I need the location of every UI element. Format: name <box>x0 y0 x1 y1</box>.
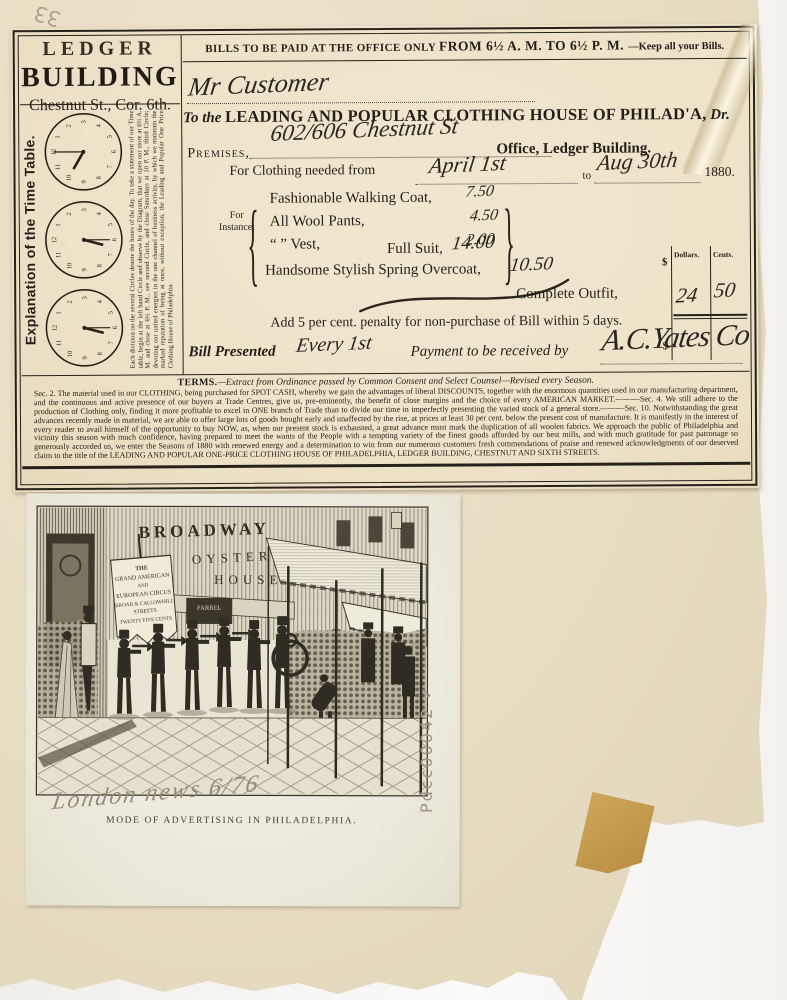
svg-text:AND: AND <box>137 583 149 589</box>
svg-text:9: 9 <box>82 356 89 359</box>
bill-presented-handwriting: Every 1st <box>295 332 373 358</box>
svg-text:1: 1 <box>56 311 63 314</box>
masthead-building: BUILDING <box>21 61 179 94</box>
timetable-sidebar: Explanation of the Time Table. 1212 345 … <box>20 107 180 372</box>
svg-text:2: 2 <box>66 212 73 215</box>
payment-label: Payment to be received by <box>411 343 569 361</box>
clock-icon: 1212 345 678 91011 <box>40 286 129 371</box>
svg-text:7: 7 <box>107 164 114 168</box>
svg-text:12: 12 <box>51 237 58 244</box>
svg-text:THE: THE <box>135 565 148 572</box>
svg-text:7: 7 <box>107 252 114 256</box>
dollar-sign: $ <box>662 256 668 268</box>
shop-sign-text: FARREL <box>197 605 221 612</box>
dollars-header: Dollars. <box>674 250 699 259</box>
period-to-handwriting: Aug 30th <box>595 147 679 176</box>
instance-price: 7.50 <box>392 183 495 205</box>
period-rule-2 <box>595 182 701 184</box>
svg-text:2: 2 <box>65 124 72 127</box>
svg-text:9: 9 <box>81 268 88 271</box>
complete-outfit-label: Complete Outfit, <box>516 286 618 304</box>
svg-text:3: 3 <box>80 120 87 123</box>
addressee-rule <box>187 101 535 104</box>
svg-text:8: 8 <box>97 352 104 355</box>
bill-body: Mr Customer To the LEADING AND POPULAR C… <box>183 57 751 374</box>
clock-icon: 1212 345 678 91011 <box>39 110 128 195</box>
period-prefix: For Clothing needed from <box>229 163 375 180</box>
svg-text:4: 4 <box>95 123 102 127</box>
instance-price: 4.50 <box>396 207 499 229</box>
clock-icon: 1212 345 678 91011 <box>40 198 129 283</box>
svg-text:1: 1 <box>55 135 62 138</box>
engraving-caption: MODE OF ADVERTISING IN PHILADELPHIA. <box>26 815 438 826</box>
svg-text:6: 6 <box>111 149 118 153</box>
period-from-handwriting: April 1st <box>427 150 507 179</box>
total-rule <box>673 314 747 316</box>
bill-presented-label: Bill Presented <box>189 344 276 362</box>
premises-label: Premises, <box>187 146 250 162</box>
office-hours-tail: —Keep all your Bills. <box>628 41 724 53</box>
signature: A.C.Yates Co <box>600 318 751 358</box>
flag <box>391 512 401 528</box>
billhead: LEDGER BUILDING Chestnut St., Cor. 6th. … <box>11 24 760 493</box>
terms-heading-bold: TERMS. <box>177 377 217 388</box>
full-suit-label: Full Suit, <box>387 241 443 258</box>
svg-text:12: 12 <box>52 325 59 332</box>
engraving-sheet: BROADWAY OYSTER HOUSE THE GRAND AMERICAN… <box>25 493 460 906</box>
period-to-word: to <box>582 170 591 182</box>
period-year: 1880. <box>704 164 734 180</box>
engraving-illustration: BROADWAY OYSTER HOUSE THE GRAND AMERICAN… <box>36 505 429 796</box>
svg-text:4: 4 <box>96 211 103 215</box>
svg-text:1: 1 <box>55 223 62 226</box>
svg-text:10: 10 <box>66 263 73 270</box>
svg-text:5: 5 <box>107 223 114 226</box>
svg-text:11: 11 <box>56 340 63 346</box>
svg-text:2: 2 <box>67 300 74 303</box>
svg-text:10: 10 <box>67 351 74 358</box>
svg-text:5: 5 <box>108 311 115 314</box>
svg-text:3: 3 <box>82 296 89 299</box>
total-dollars-handwriting: 24 <box>674 283 698 309</box>
svg-text:6: 6 <box>111 237 118 241</box>
total-cents-handwriting: 50 <box>712 277 736 303</box>
office-hours-lead: BILLS TO BE PAID AT THE OFFICE ONLY <box>205 42 439 55</box>
svg-text:6: 6 <box>112 325 119 329</box>
bill-to-suffix: Dr. <box>710 107 730 123</box>
terms-section: TERMS.—Extract from Ordinance passed by … <box>22 371 751 462</box>
svg-text:7: 7 <box>108 340 115 344</box>
office-hours-times: FROM 6½ A. M. TO 6½ P. M. <box>439 38 624 54</box>
timetable-note: Each division on the several Circles den… <box>127 107 175 371</box>
svg-text:4: 4 <box>97 299 104 303</box>
terms-body: Sec. 2. The material used in our CLOTHIN… <box>34 386 738 461</box>
marquee-sign: HOUSE <box>214 572 282 587</box>
svg-text:3: 3 <box>81 208 88 211</box>
timetable-title: Explanation of the Time Table. <box>21 108 39 372</box>
masthead-ledger: LEDGER <box>21 37 179 61</box>
signature-rule <box>601 363 743 365</box>
svg-text:11: 11 <box>55 164 62 170</box>
catalog-code-pencil: Pdcc00042 ✓ <box>417 663 437 813</box>
svg-text:8: 8 <box>96 176 103 179</box>
cents-header: Cents. <box>713 250 733 259</box>
penalty-line: Add 5 per cent. penalty for non-purchase… <box>270 314 622 332</box>
svg-text:5: 5 <box>107 135 114 138</box>
bill-to-prefix: To the <box>183 110 225 126</box>
svg-text:10: 10 <box>66 175 73 182</box>
svg-text:11: 11 <box>55 252 62 258</box>
brace-open: { <box>247 194 259 299</box>
full-suit-price: 14.00 <box>450 232 496 256</box>
svg-text:9: 9 <box>81 180 88 183</box>
addressee-handwriting: Mr Customer <box>187 67 331 103</box>
svg-text:8: 8 <box>96 264 103 267</box>
timetable-clocks: 1212 345 678 91011 1212 345 678 <box>37 108 129 373</box>
